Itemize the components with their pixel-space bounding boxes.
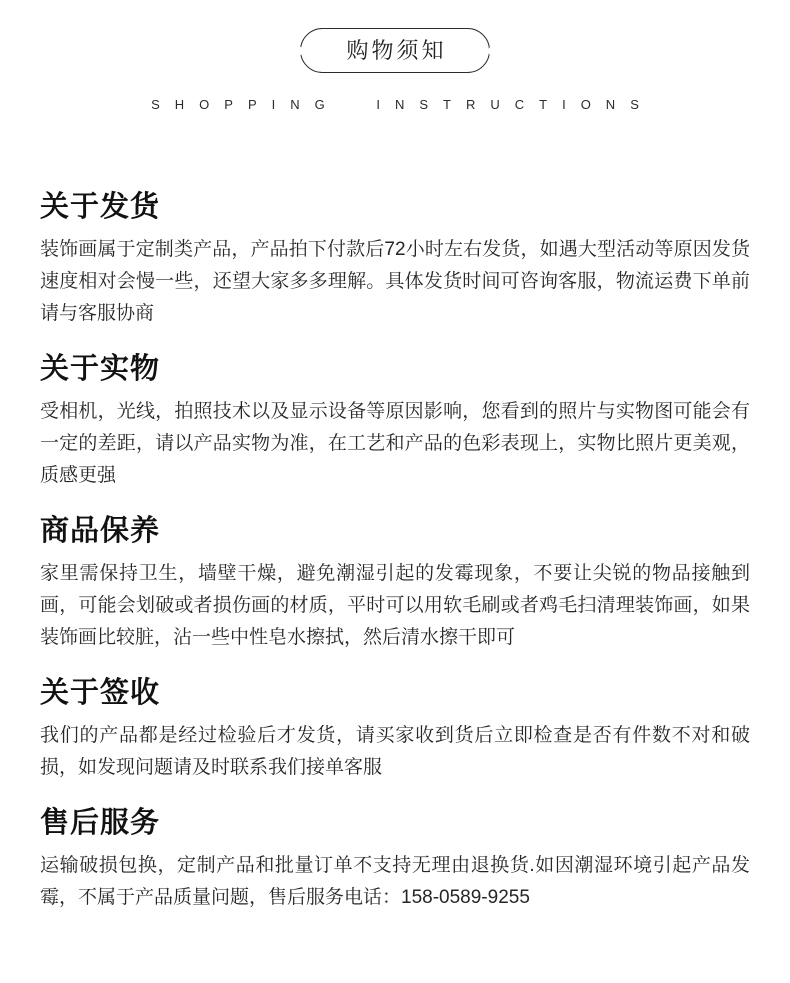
section-shipping: 关于发货 装饰画属于定制类产品，产品拍下付款后72小时左右发货，如遇大型活动等原…: [40, 190, 750, 330]
section-heading: 售后服务: [40, 806, 750, 840]
section-product-care: 商品保养 家里需保持卫生，墙壁干燥，避免潮湿引起的发霉现象，不要让尖锐的物品接触…: [40, 514, 750, 654]
badge-right-dot-icon: [488, 46, 498, 56]
section-body: 我们的产品都是经过检验后才发货，请买家收到货后立即检查是否有件数不对和破损，如发…: [40, 720, 750, 784]
shopping-instructions-page: 购物须知 SHOPPING INSTRUCTIONS 关于发货 装饰画属于定制类…: [0, 0, 790, 983]
page-subtitle: SHOPPING INSTRUCTIONS: [40, 97, 750, 112]
section-after-sales: 售后服务 运输破损包换，定制产品和批量订单不支持无理由退换货.如因潮湿环境引起产…: [40, 806, 750, 914]
section-receipt: 关于签收 我们的产品都是经过检验后才发货，请买家收到货后立即检查是否有件数不对和…: [40, 676, 750, 784]
section-heading: 关于签收: [40, 676, 750, 710]
section-heading: 商品保养: [40, 514, 750, 548]
section-body: 运输破损包换，定制产品和批量订单不支持无理由退换货.如因潮湿环境引起产品发霉，不…: [40, 850, 750, 914]
page-title: 购物须知: [343, 40, 446, 62]
header: 购物须知: [40, 28, 750, 73]
section-heading: 关于实物: [40, 352, 750, 386]
badge-left-dot-icon: [293, 46, 303, 56]
section-body: 家里需保持卫生，墙壁干燥，避免潮湿引起的发霉现象，不要让尖锐的物品接触到画，可能…: [40, 558, 750, 654]
title-badge: 购物须知: [300, 28, 490, 73]
sections-list: 关于发货 装饰画属于定制类产品，产品拍下付款后72小时左右发货，如遇大型活动等原…: [40, 190, 750, 914]
section-body: 受相机，光线，拍照技术以及显示设备等原因影响，您看到的照片与实物图可能会有一定的…: [40, 396, 750, 492]
section-heading: 关于发货: [40, 190, 750, 224]
page-subtitle-text: SHOPPING INSTRUCTIONS: [151, 97, 654, 112]
section-body: 装饰画属于定制类产品，产品拍下付款后72小时左右发货，如遇大型活动等原因发货速度…: [40, 234, 750, 330]
section-actual-product: 关于实物 受相机，光线，拍照技术以及显示设备等原因影响，您看到的照片与实物图可能…: [40, 352, 750, 492]
